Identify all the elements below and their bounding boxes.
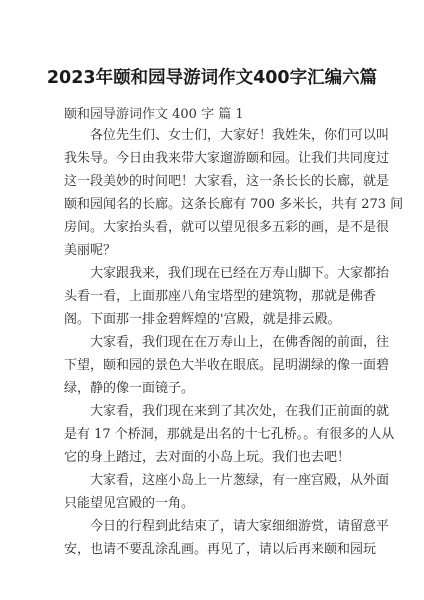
body-text-line: 大家看，我们现在在万寿山上，在佛香阁的前面，往: [90, 334, 362, 352]
body-text-line: 大家看，这座小岛上一片葱绿，有一座宫殿，从外面: [90, 472, 362, 490]
body-text-line: 今日的行程到此结束了，请大家细细游赏，请留意平: [90, 518, 362, 536]
body-text-line: 安，也请不要乱涂乱画。再见了，请以后再来颐和园玩: [64, 541, 362, 559]
body-text-line: 各位先生们、女士们，大家好！我姓朱，你们可以叫: [90, 127, 362, 145]
body-text-line: 房间。大家抬头看，就可以望见很多五彩的画，是不是很: [64, 219, 362, 237]
body-text-line: 它的身上踏过，去对面的小岛上玩。我们也去吧！: [64, 449, 362, 467]
body-text-line: 绿，静的像一面镜子。: [64, 380, 362, 398]
body-text-line: 下望，颐和园的景色大半收在眼底。昆明湖绿的像一面碧: [64, 357, 362, 375]
body-text-line: 阁。下面那一排金碧辉煌的'宫殿，就是排云殿。: [64, 311, 362, 329]
document-page: 2023年颐和园导游词作文400字汇编六篇 颐和园导游词作文 400 字 篇 1…: [0, 0, 424, 600]
body-text-line: 美丽呢？: [64, 242, 362, 260]
document-title: 2023年颐和园导游词作文400字汇编六篇: [0, 64, 424, 89]
body-text-line: 头看一看，上面那座八角宝塔型的建筑物，那就是佛香: [64, 288, 362, 306]
body-text-line: 大家跟我来，我们现在已经在万寿山脚下。大家都抬: [90, 265, 362, 283]
section-heading: 颐和园导游词作文 400 字 篇 1: [64, 103, 244, 122]
body-text-line: 我朱导。今日由我来带大家遛游颐和园。让我们共同度过: [64, 150, 362, 168]
body-text-line: 颐和园闻名的长廊。这条长廊有 700 多米长，共有 273 间: [64, 196, 362, 214]
body-text-line: 这一段美妙的时间吧！大家看，这一条长长的长廊，就是: [64, 173, 362, 191]
body-text-line: 只能望见宫殿的一角。: [64, 495, 362, 513]
body-text-line: 大家看，我们现在来到了其次处，在我们正前面的就: [90, 403, 362, 421]
body-text-line: 是有 17 个桥洞，那就是出名的十七孔桥。。有很多的人从: [64, 426, 362, 444]
